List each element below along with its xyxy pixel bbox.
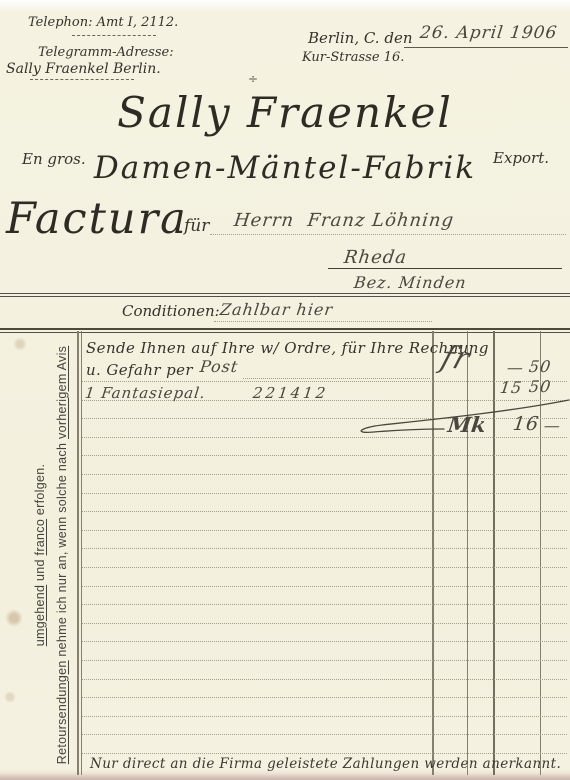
ruled-line xyxy=(82,530,567,531)
ruled-line xyxy=(82,604,567,605)
shipping-method: Post xyxy=(199,357,240,376)
side-note-text: nehme ich nur an, wenn solche nach xyxy=(55,439,69,660)
side-note-text: und xyxy=(33,555,47,584)
conditions-value: Zahlbar hier xyxy=(219,300,334,319)
ruled-line xyxy=(82,697,567,698)
customer-place: Rheda xyxy=(343,247,409,268)
ruled-line xyxy=(82,753,567,754)
telephone-line: Telephon: Amt I, 2112. xyxy=(28,15,178,30)
side-note-word: vorherigem Avis xyxy=(55,346,69,439)
side-note-word: umgehend xyxy=(33,585,47,646)
ruled-line xyxy=(82,716,567,717)
date-underline xyxy=(404,47,568,48)
conditions-label: Conditionen: xyxy=(122,302,220,320)
telegram-value: Sally Fraenkel Berlin. xyxy=(6,61,161,77)
ruled-line xyxy=(82,474,567,475)
ruled-line xyxy=(82,381,567,382)
invoice-sheet: Telephon: Amt I, 2112. Telegramm-Adresse… xyxy=(0,0,570,780)
intro-leader xyxy=(243,378,430,379)
ruled-line xyxy=(82,493,567,494)
item-qty-name: 1 Fantasiepal. xyxy=(84,384,207,402)
customer-district: Bez. Minden xyxy=(353,273,468,292)
doc-title: Factura xyxy=(6,194,188,244)
freight-pf: 50 xyxy=(528,357,553,376)
conditions-underline xyxy=(214,321,432,322)
double-rule-lower xyxy=(0,328,570,333)
side-note-word: franco xyxy=(33,519,47,556)
total-currency: Mk xyxy=(446,412,487,437)
ruled-line xyxy=(82,641,567,642)
telegram-underline xyxy=(30,79,134,80)
side-note-word: Retoursendungen xyxy=(55,660,69,764)
place-underline xyxy=(328,268,562,269)
telegram-label: Telegramm-Adresse: xyxy=(38,45,174,60)
customer-name: Herrn Franz Löhning xyxy=(233,210,456,231)
intro-line1: Sende Ihnen auf Ihre w/ Ordre, für Ihre … xyxy=(86,339,489,357)
ruled-line xyxy=(82,455,567,456)
table-left-border-inner xyxy=(81,331,82,775)
city-date-printed: Berlin, C. den xyxy=(308,29,412,47)
side-note-text: erfolgen. xyxy=(33,464,47,519)
freight-mark: — xyxy=(506,358,525,377)
company-name: Sally Fraenkel xyxy=(0,88,570,137)
scan-top-edge xyxy=(0,0,570,9)
date-handwritten: 26. April 1906 xyxy=(419,23,559,43)
total-pf: — xyxy=(543,416,562,435)
ruled-line xyxy=(82,679,567,680)
street-line: Kur-Strasse 16. xyxy=(302,50,404,65)
total-mark: 16 xyxy=(512,413,541,435)
doc-title-suffix: für xyxy=(184,216,209,236)
ornament-mark: ÷ xyxy=(248,72,258,86)
ruled-line xyxy=(82,660,567,661)
telephone-underline xyxy=(72,35,156,36)
trade-right: Export. xyxy=(493,149,549,167)
ruled-line xyxy=(82,511,567,512)
ruled-line xyxy=(82,623,567,624)
customer-underline xyxy=(210,234,566,235)
double-rule-upper xyxy=(0,293,570,297)
footer-note: Nur direct an die Firma geleistete Zahlu… xyxy=(90,756,561,772)
ruled-line xyxy=(82,567,567,568)
intro-line2: u. Gefahr per xyxy=(86,361,193,379)
business-line: Damen-Mäntel-Fabrik xyxy=(60,150,510,186)
scan-bottom-edge xyxy=(0,774,570,780)
return-policy-line1: Retoursendungen nehme ich nur an, wenn s… xyxy=(51,335,73,775)
table-left-border-outer xyxy=(77,331,79,775)
return-policy-note: umgehend und franco erfolgen. Retoursend… xyxy=(29,335,73,775)
ruled-line xyxy=(82,586,567,587)
ruled-line xyxy=(82,548,567,549)
ruled-line xyxy=(82,734,567,735)
return-policy-line2: umgehend und franco erfolgen. xyxy=(29,335,51,775)
